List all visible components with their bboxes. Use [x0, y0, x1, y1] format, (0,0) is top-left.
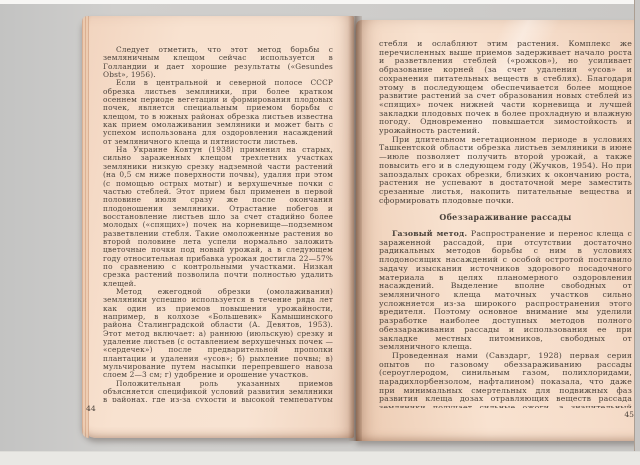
book-page-left: Следует отметить, что этот метод борьбы …: [82, 16, 354, 438]
scan-top-strip: [0, 0, 640, 4]
page-left-text: Следует отметить, что этот метод борьбы …: [103, 46, 333, 402]
scan-bottom-strip: [0, 451, 640, 465]
paragraph: Положительная роль указанных приемов объ…: [103, 380, 333, 402]
paragraph: Проведенная нами (Савздарг, 1928) первая…: [379, 352, 632, 408]
book-page-right: стебля и ослабляют этим растения. Компле…: [356, 20, 640, 441]
paragraph-body: Распространение и перенос клеща с зараже…: [379, 229, 632, 351]
paragraph: Если в центральной и северной полосе ССС…: [103, 79, 333, 146]
paragraph: Следует отметить, что этот метод борьбы …: [103, 46, 333, 79]
page-number-left: 44: [86, 404, 96, 413]
paragraph: Газовый метод. Распространение и перенос…: [379, 230, 632, 352]
paragraph: стебля и ослабляют этим растения. Компле…: [379, 40, 632, 136]
page-number-right: 45: [624, 410, 634, 419]
section-heading: Обеззараживание рассады: [379, 214, 632, 223]
page-edge-stack: [82, 16, 89, 438]
scan-right-edge: [634, 0, 640, 465]
scanned-book-spread: Следует отметить, что этот метод борьбы …: [0, 0, 640, 465]
paragraph: На Украине Ковтун (1938) применил на ста…: [103, 146, 333, 288]
page-right-text: стебля и ослабляют этим растения. Компле…: [379, 40, 632, 408]
paragraph: При длительном вегетационном периоде в у…: [379, 136, 632, 206]
paragraph: Метод ежегодной обрезки (омолаживания) з…: [103, 288, 333, 380]
paragraph-lead: Газовый метод.: [392, 229, 467, 238]
